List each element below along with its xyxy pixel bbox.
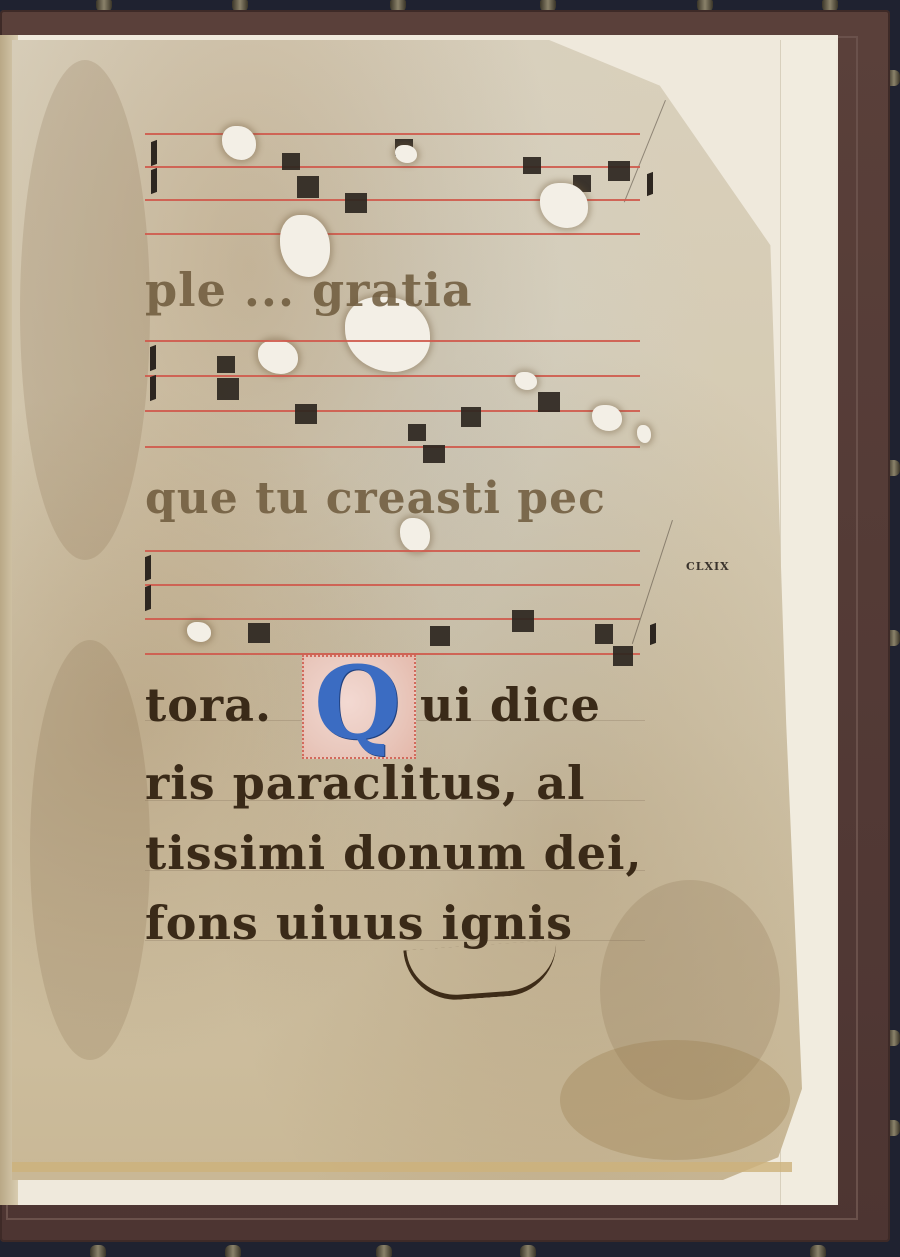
illuminated-initial: Q bbox=[302, 655, 416, 759]
neume bbox=[248, 623, 270, 643]
neume bbox=[430, 626, 450, 646]
clef-mark bbox=[145, 555, 151, 581]
parchment-hole bbox=[515, 372, 537, 390]
water-stain bbox=[30, 640, 150, 1060]
lyric-line-5: tissimi donum dei, bbox=[145, 828, 665, 878]
lyric-line-2: que tu creasti pec bbox=[145, 474, 665, 524]
neume bbox=[297, 176, 319, 198]
binding-clasp bbox=[90, 1245, 106, 1257]
neume bbox=[408, 424, 426, 441]
neume bbox=[608, 161, 630, 181]
custos-mark bbox=[650, 623, 656, 645]
lyric-line-3-before: tora. bbox=[145, 680, 295, 730]
neume bbox=[217, 356, 235, 373]
neume bbox=[282, 153, 300, 170]
neume bbox=[512, 610, 534, 632]
music-staff-2 bbox=[145, 340, 640, 455]
parchment-hole bbox=[637, 425, 651, 443]
initial-letter: Q bbox=[314, 651, 401, 755]
neume bbox=[423, 445, 445, 463]
water-stain bbox=[20, 60, 150, 560]
neume bbox=[345, 193, 367, 213]
water-stain bbox=[560, 1040, 790, 1160]
folio-number: CLXIX bbox=[686, 560, 730, 573]
lyric-line-6: fons uiuus ignis bbox=[145, 898, 665, 948]
lyric-line-1: ple ... gratia bbox=[145, 265, 665, 315]
lyric-line-4: ris paraclitus, al bbox=[145, 758, 665, 808]
neume bbox=[461, 407, 481, 427]
neume bbox=[523, 157, 541, 174]
binding-clasp bbox=[225, 1245, 241, 1257]
clef-mark bbox=[150, 375, 156, 401]
clef-mark bbox=[151, 168, 157, 194]
binding-clasp bbox=[376, 1245, 392, 1257]
clef-mark bbox=[151, 140, 157, 166]
neume bbox=[595, 624, 613, 644]
parchment-hole bbox=[187, 622, 211, 642]
binding-clasp bbox=[810, 1245, 826, 1257]
clef-mark bbox=[150, 345, 156, 371]
neume bbox=[295, 404, 317, 424]
clef-mark bbox=[145, 585, 151, 611]
neume bbox=[217, 378, 239, 400]
custos-mark bbox=[647, 172, 653, 196]
neume bbox=[613, 646, 633, 666]
leaf-stained-edge bbox=[12, 1162, 792, 1172]
parchment-hole bbox=[395, 145, 417, 163]
neume bbox=[538, 392, 560, 412]
lyric-line-3-after: ui dice bbox=[420, 680, 620, 730]
binding-clasp bbox=[520, 1245, 536, 1257]
